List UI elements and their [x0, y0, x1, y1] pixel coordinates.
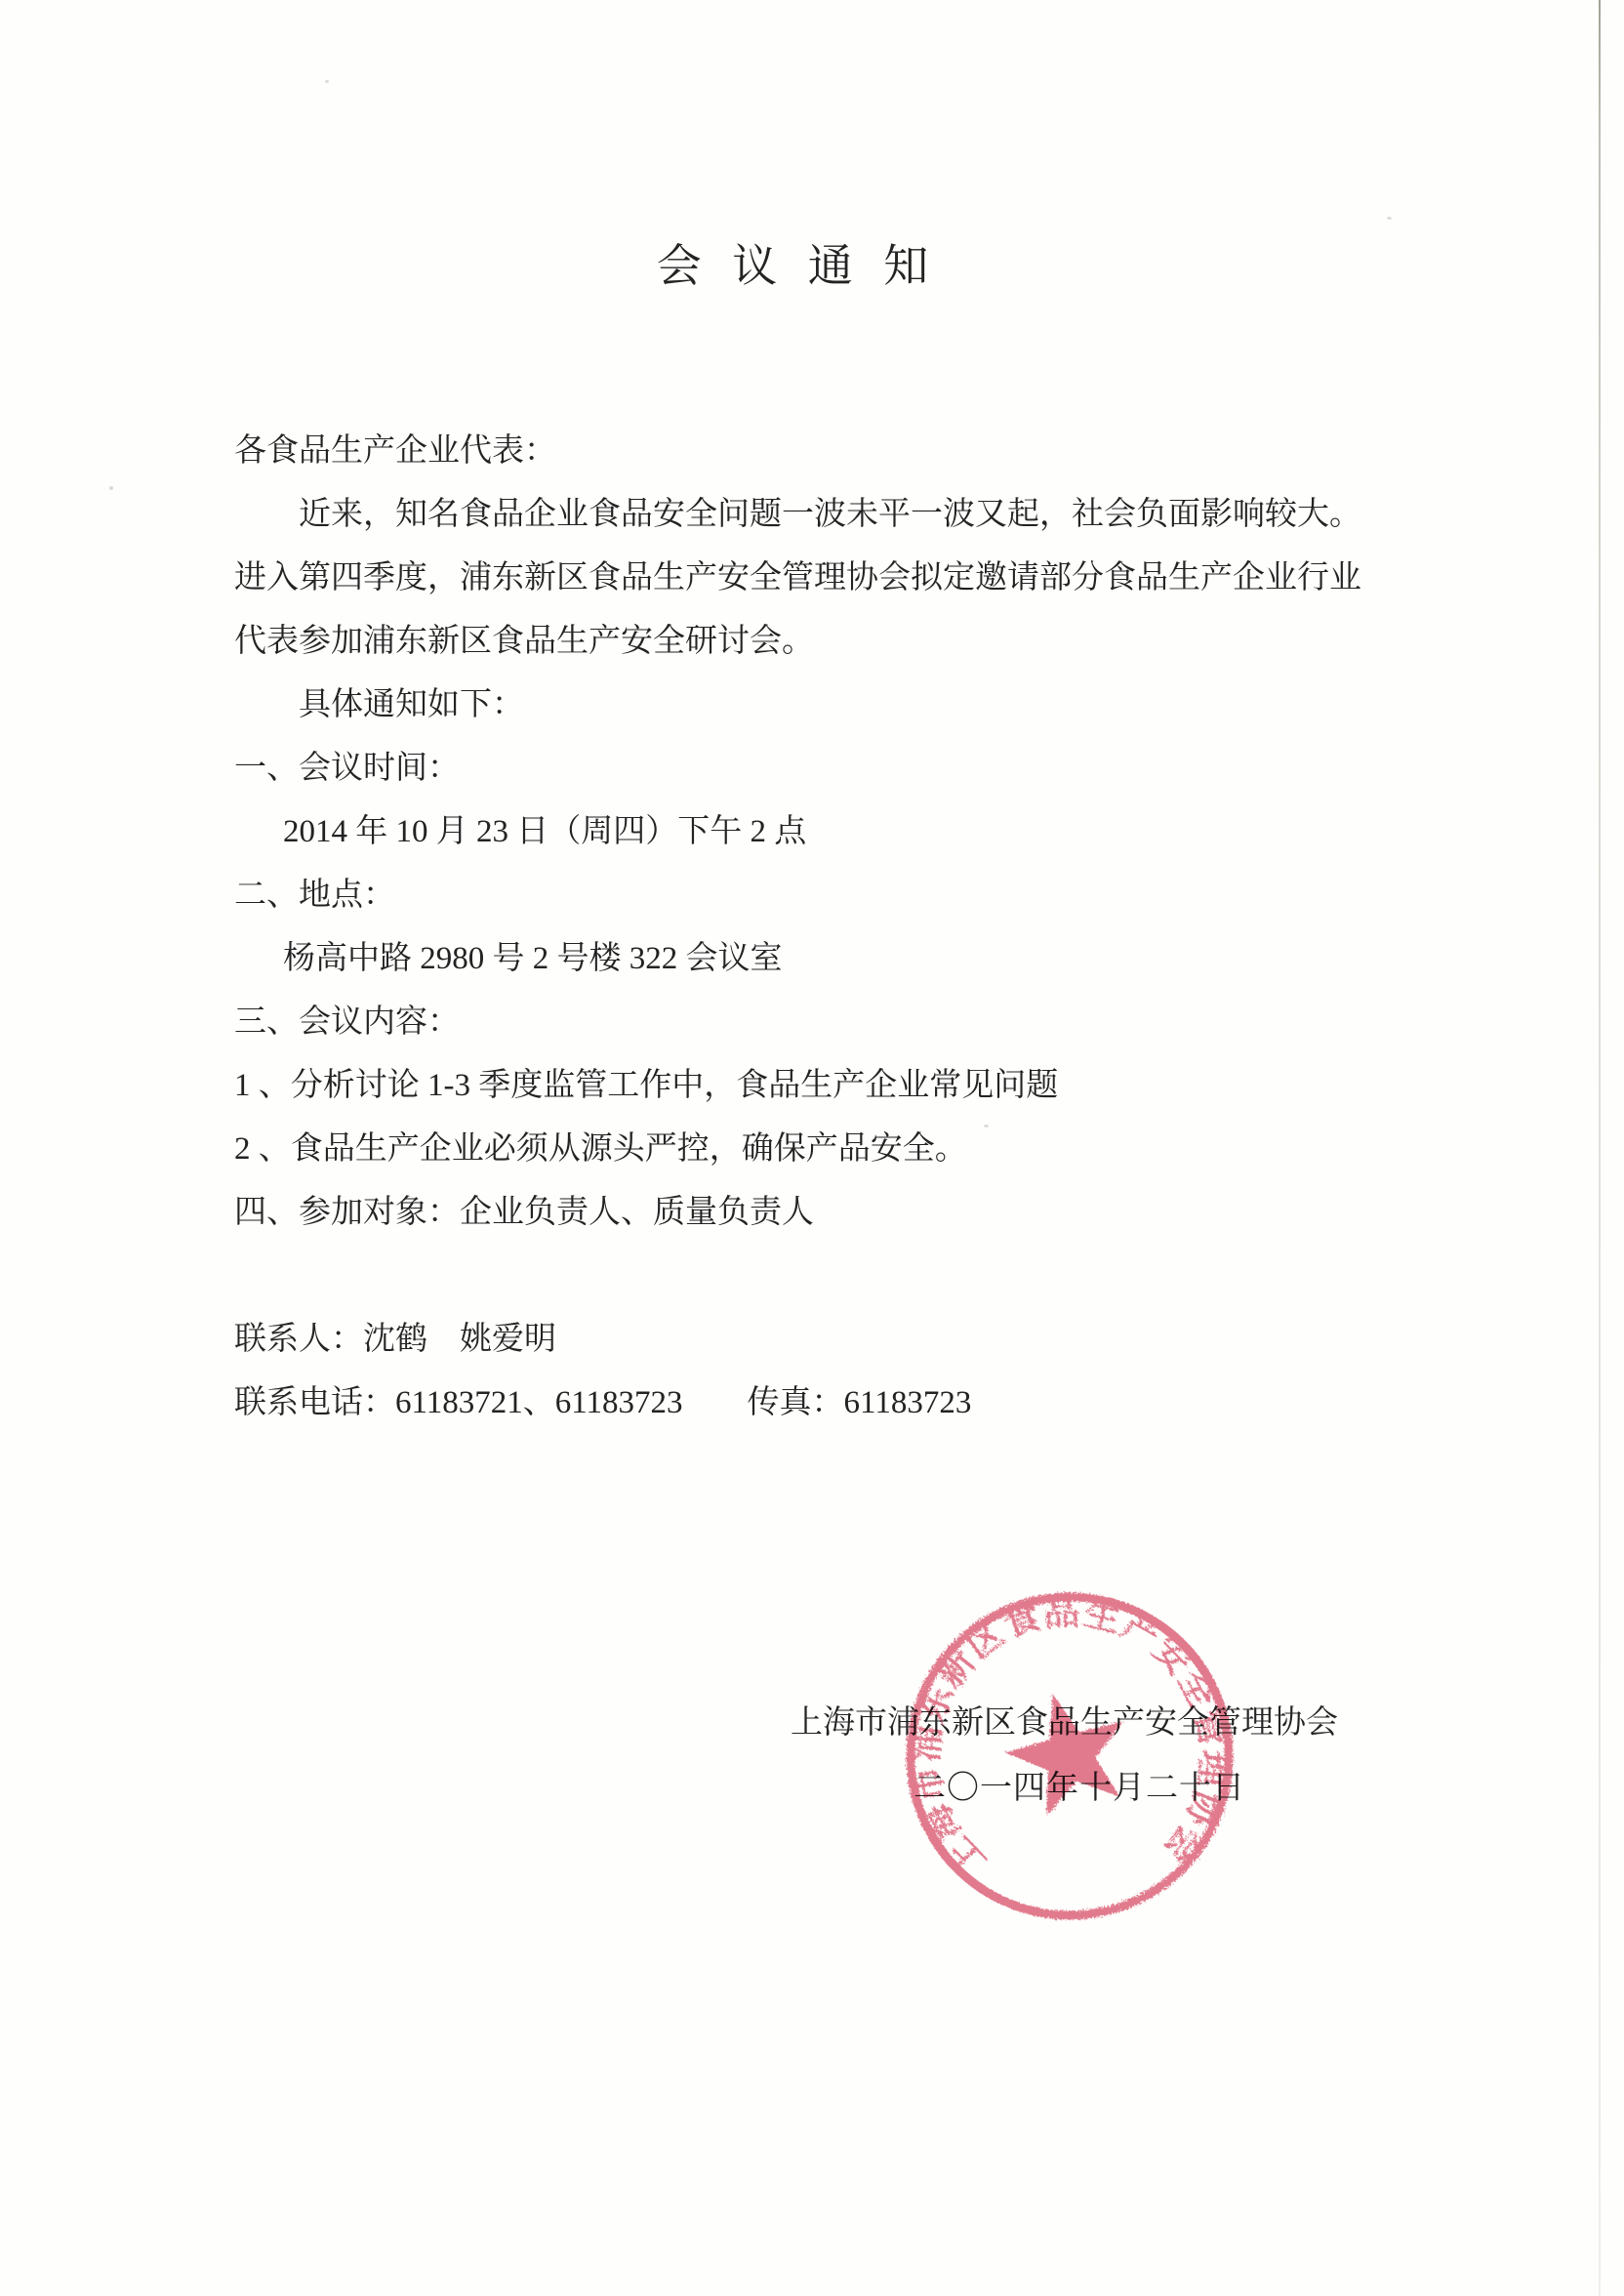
scan-fold-line	[1599, 0, 1601, 2296]
blank-line	[234, 1245, 1415, 1308]
scan-speck	[109, 486, 113, 490]
item-3-heading: 三、会议内容：	[234, 991, 1415, 1054]
para-line-1: 近来，知名食品企业食品安全问题一波未平一波又起，社会负面影响较大。	[234, 483, 1415, 547]
agenda-item-1: 1 、分析讨论 1-3 季度监管工作中，食品生产企业常见问题	[234, 1054, 1415, 1118]
scan-speck	[1387, 217, 1392, 220]
meeting-location-value: 杨高中路 2980 号 2 号楼 322 会议室	[234, 927, 1415, 991]
item-2-heading: 二、地点：	[234, 864, 1415, 927]
scan-speck	[984, 1125, 989, 1127]
para-line-3: 代表参加浦东新区食品生产安全研讨会。	[234, 610, 1415, 674]
agenda-item-2: 2 、食品生产企业必须从源头严控，确保产品安全。	[234, 1118, 1415, 1181]
scan-speck	[325, 80, 329, 83]
contact-phone-line: 联系电话：61183721、61183723 传真：61183723	[234, 1372, 1415, 1435]
salutation-line: 各食品生产企业代表：	[234, 420, 1415, 483]
item-4-line: 四、参加对象：企业负责人、质量负责人	[234, 1181, 1415, 1245]
para-line-2: 进入第四季度，浦东新区食品生产安全管理协会拟定邀请部分食品生产企业行业	[234, 547, 1415, 610]
official-seal-stamp: 上海市浦东新区食品生产安全管理协会	[874, 1561, 1265, 1951]
seal-star-icon	[1000, 1688, 1131, 1820]
item-1-heading: 一、会议时间：	[234, 737, 1415, 800]
notice-body: 各食品生产企业代表： 近来，知名食品企业食品安全问题一波未平一波又起，社会负面影…	[234, 420, 1415, 1435]
meeting-time-value: 2014 年 10 月 23 日（周四）下午 2 点	[234, 800, 1415, 864]
document-page: 会 议 通 知 各食品生产企业代表： 近来，知名食品企业食品安全问题一波未平一波…	[0, 0, 1624, 2296]
contact-person-line: 联系人：沈鹤 姚爱明	[234, 1308, 1415, 1372]
page-title: 会 议 通 知	[217, 230, 1378, 295]
detail-intro-line: 具体通知如下：	[234, 674, 1415, 737]
